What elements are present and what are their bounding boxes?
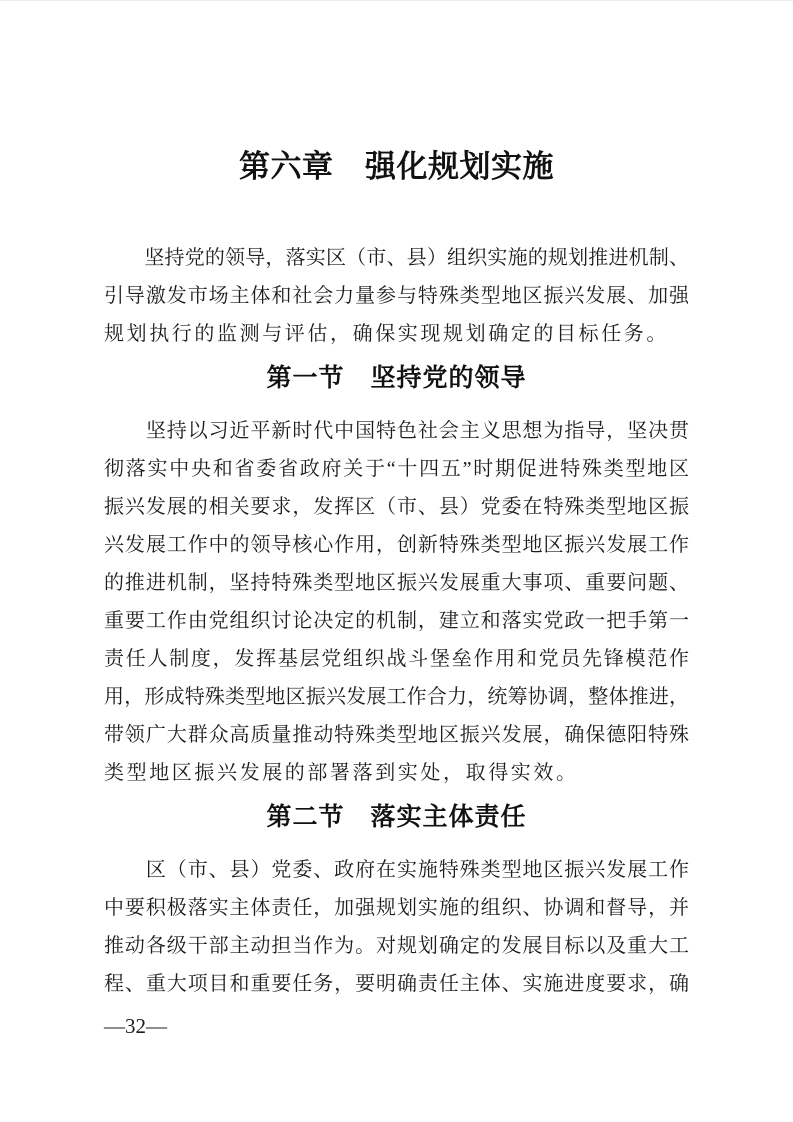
text-line: 的推进机制，坚持特殊类型地区振兴发展重大事项、重要问题、	[104, 564, 689, 602]
page-number: —32—	[104, 1015, 689, 1037]
text-line: 兴发展工作中的领导核心作用，创新特殊类型地区振兴发展工作	[104, 526, 689, 564]
document-page: 第六章 强化规划实施 坚持党的领导，落实区（市、县）组织实施的规划推进机制、引导…	[0, 0, 793, 1122]
text-line: 规划执行的监测与评估，确保实现规划确定的目标任务。	[104, 315, 689, 353]
section-2-heading: 第二节 落实主体责任	[104, 802, 689, 832]
section-1-paragraph: 坚持以习近平新时代中国特色社会主义思想为指导，坚决贯彻落实中央和省委省政府关于“…	[104, 412, 689, 792]
text-line: 坚持以习近平新时代中国特色社会主义思想为指导，坚决贯	[104, 412, 689, 450]
intro-paragraph: 坚持党的领导，落实区（市、县）组织实施的规划推进机制、引导激发市场主体和社会力量…	[104, 239, 689, 353]
text-line: 中要积极落实主体责任，加强规划实施的组织、协调和督导，并	[104, 889, 689, 927]
text-line: 类型地区振兴发展的部署落到实处，取得实效。	[104, 754, 689, 792]
text-line: 带领广大群众高质量推动特殊类型地区振兴发展，确保德阳特殊	[104, 716, 689, 754]
text-line: 重要工作由党组织讨论决定的机制，建立和落实党政一把手第一	[104, 602, 689, 640]
text-line: 振兴发展的相关要求，发挥区（市、县）党委在特殊类型地区振	[104, 488, 689, 526]
text-line: 推动各级干部主动担当作为。对规划确定的发展目标以及重大工	[104, 927, 689, 965]
text-line: 程、重大项目和重要任务，要明确责任主体、实施进度要求，确	[104, 965, 689, 1003]
section-2-paragraph: 区（市、县）党委、政府在实施特殊类型地区振兴发展工作中要积极落实主体责任，加强规…	[104, 851, 689, 1003]
text-line: 引导激发市场主体和社会力量参与特殊类型地区振兴发展、加强	[104, 277, 689, 315]
text-line: 责任人制度，发挥基层党组织战斗堡垒作用和党员先锋模范作	[104, 640, 689, 678]
section-1-heading: 第一节 坚持党的领导	[104, 363, 689, 393]
text-line: 区（市、县）党委、政府在实施特殊类型地区振兴发展工作	[104, 851, 689, 889]
chapter-title: 第六章 强化规划实施	[104, 1, 689, 187]
text-line: 用，形成特殊类型地区振兴发展工作合力，统筹协调，整体推进，	[104, 678, 689, 716]
text-line: 坚持党的领导，落实区（市、县）组织实施的规划推进机制、	[104, 239, 689, 277]
text-line: 彻落实中央和省委省政府关于“十四五”时期促进特殊类型地区	[104, 450, 689, 488]
